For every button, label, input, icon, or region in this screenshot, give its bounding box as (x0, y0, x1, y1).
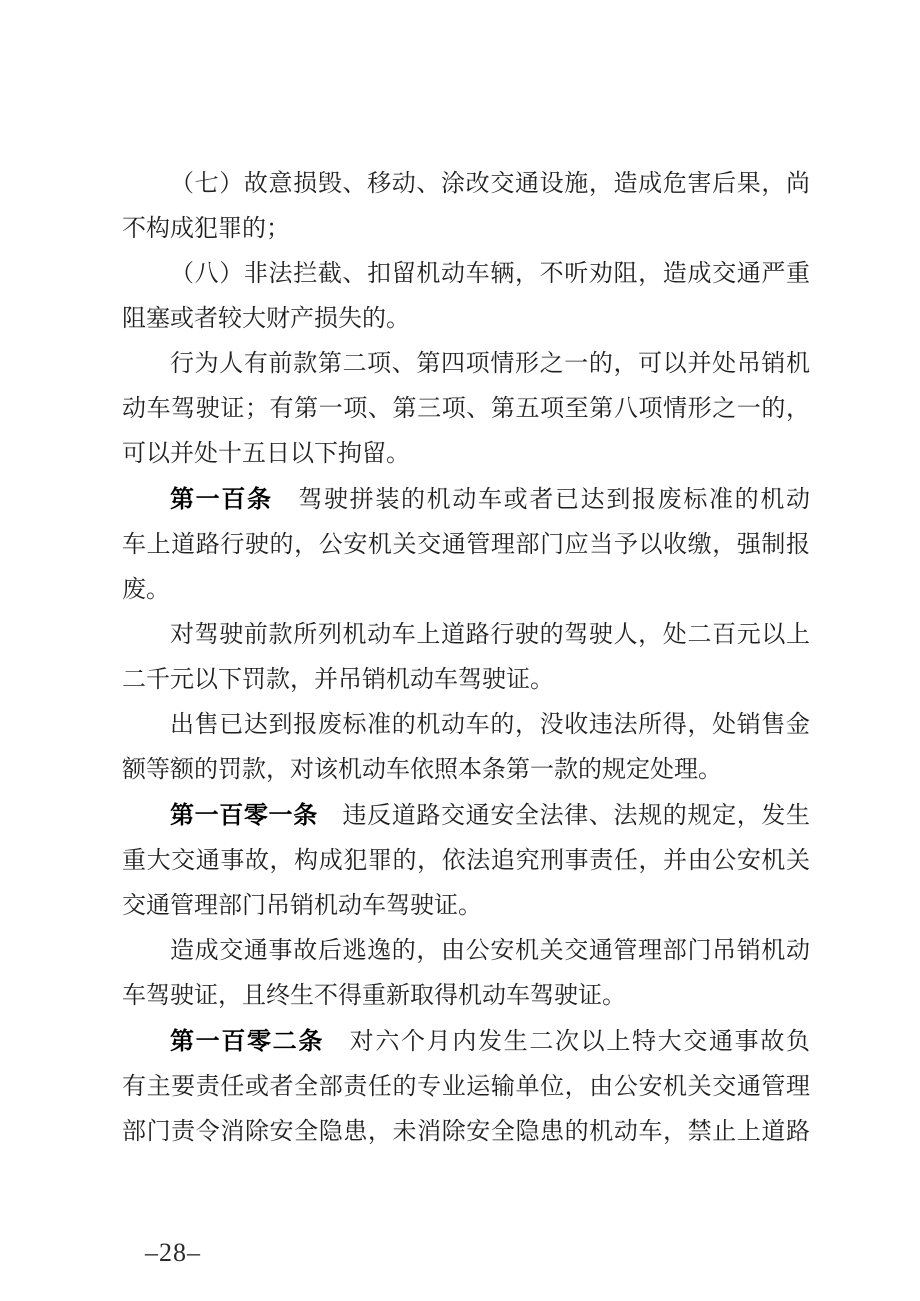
text-line: 交通管理部门吊销机动车驾驶证。 (122, 884, 810, 929)
text-line: 第一百条 驾驶拼装的机动车或者已达到报废标准的机动 (122, 477, 810, 523)
text-run: 出售已达到报废标准的机动车的，没收违法所得，处销售金 (170, 712, 810, 738)
text-run: 动车驾驶证；有第一项、第三项、第五项至第八项情形之一的， (122, 396, 810, 422)
text-run: （七）故意损毁、移动、涂改交通设施，造成危害后果，尚 (170, 171, 810, 197)
text-run: 部门责令消除安全隐患，未消除安全隐患的机动车，禁止上道路 (122, 1119, 810, 1145)
text-run: 对六个月内发生二次以上特大交通事故负 (324, 1029, 810, 1055)
text-line: 不构成犯罪的； (122, 207, 810, 252)
text-line: 可以并处十五日以下拘留。 (122, 432, 810, 477)
document-body: （七）故意损毁、移动、涂改交通设施，造成危害后果，尚不构成犯罪的；（八）非法拦截… (122, 162, 810, 1155)
text-run: 阻塞或者较大财产损失的。 (122, 306, 410, 332)
text-run: 有主要责任或者全部责任的专业运输单位，由公安机关交通管理 (122, 1074, 810, 1100)
text-run: 造成交通事故后逃逸的，由公安机关交通管理部门吊销机动 (170, 938, 810, 964)
text-line: 第一百零一条 违反道路交通安全法律、法规的规定，发生 (122, 793, 810, 839)
article-number: 第一百零一条 (170, 802, 318, 829)
text-line: 车上道路行驶的，公安机关交通管理部门应当予以收缴，强制报 (122, 523, 810, 568)
text-line: 行为人有前款第二项、第四项情形之一的，可以并处吊销机 (122, 342, 810, 387)
text-run: 额等额的罚款，对该机动车依照本条第一款的规定处理。 (122, 757, 722, 783)
text-line: 车驾驶证，且终生不得重新取得机动车驾驶证。 (122, 974, 810, 1019)
text-run: 违反道路交通安全法律、法规的规定，发生 (318, 803, 810, 829)
paragraph: 出售已达到报废标准的机动车的，没收违法所得，处销售金额等额的罚款，对该机动车依照… (122, 703, 810, 793)
document-page: （七）故意损毁、移动、涂改交通设施，造成危害后果，尚不构成犯罪的；（八）非法拦截… (0, 0, 920, 1301)
text-line: 动车驾驶证；有第一项、第三项、第五项至第八项情形之一的， (122, 387, 810, 432)
text-line: 部门责令消除安全隐患，未消除安全隐患的机动车，禁止上道路 (122, 1110, 810, 1155)
text-run: 车驾驶证，且终生不得重新取得机动车驾驶证。 (122, 983, 626, 1009)
text-run: 废。 (122, 577, 170, 603)
text-line: 二千元以下罚款，并吊销机动车驾驶证。 (122, 658, 810, 703)
text-run: 交通管理部门吊销机动车驾驶证。 (122, 893, 482, 919)
text-run: 行为人有前款第二项、第四项情形之一的，可以并处吊销机 (170, 351, 810, 377)
article-number: 第一百零二条 (170, 1028, 324, 1055)
text-run: 二千元以下罚款，并吊销机动车驾驶证。 (122, 667, 554, 693)
text-line: 出售已达到报废标准的机动车的，没收违法所得，处销售金 (122, 703, 810, 748)
text-run: 重大交通事故，构成犯罪的，依法追究刑事责任，并由公安机关 (122, 848, 810, 874)
text-line: 对驾驶前款所列机动车上道路行驶的驾驶人，处二百元以上 (122, 613, 810, 658)
text-run: 驾驶拼装的机动车或者已达到报废标准的机动 (273, 487, 810, 513)
page-footer: –28– (145, 1238, 201, 1268)
text-line: （八）非法拦截、扣留机动车辆，不听劝阻，造成交通严重 (122, 252, 810, 297)
text-run: （八）非法拦截、扣留机动车辆，不听劝阻，造成交通严重 (170, 261, 810, 287)
text-run: 对驾驶前款所列机动车上道路行驶的驾驶人，处二百元以上 (170, 622, 810, 648)
text-run: 车上道路行驶的，公安机关交通管理部门应当予以收缴，强制报 (122, 532, 810, 558)
text-line: 第一百零二条 对六个月内发生二次以上特大交通事故负 (122, 1019, 810, 1065)
paragraph: 第一百零一条 违反道路交通安全法律、法规的规定，发生重大交通事故，构成犯罪的，依… (122, 793, 810, 929)
text-line: 废。 (122, 568, 810, 613)
text-line: 额等额的罚款，对该机动车依照本条第一款的规定处理。 (122, 748, 810, 793)
text-line: （七）故意损毁、移动、涂改交通设施，造成危害后果，尚 (122, 162, 810, 207)
paragraph: 造成交通事故后逃逸的，由公安机关交通管理部门吊销机动车驾驶证，且终生不得重新取得… (122, 929, 810, 1019)
paragraph: 行为人有前款第二项、第四项情形之一的，可以并处吊销机动车驾驶证；有第一项、第三项… (122, 342, 810, 477)
page-number: –28– (145, 1238, 201, 1267)
text-line: 有主要责任或者全部责任的专业运输单位，由公安机关交通管理 (122, 1065, 810, 1110)
paragraph: （八）非法拦截、扣留机动车辆，不听劝阻，造成交通严重阻塞或者较大财产损失的。 (122, 252, 810, 342)
paragraph: （七）故意损毁、移动、涂改交通设施，造成危害后果，尚不构成犯罪的； (122, 162, 810, 252)
text-line: 造成交通事故后逃逸的，由公安机关交通管理部门吊销机动 (122, 929, 810, 974)
paragraph: 对驾驶前款所列机动车上道路行驶的驾驶人，处二百元以上二千元以下罚款，并吊销机动车… (122, 613, 810, 703)
text-line: 重大交通事故，构成犯罪的，依法追究刑事责任，并由公安机关 (122, 839, 810, 884)
paragraph: 第一百零二条 对六个月内发生二次以上特大交通事故负有主要责任或者全部责任的专业运… (122, 1019, 810, 1155)
text-run: 不构成犯罪的； (122, 216, 290, 242)
text-run: 可以并处十五日以下拘留。 (122, 441, 410, 467)
article-number: 第一百条 (170, 486, 273, 513)
text-line: 阻塞或者较大财产损失的。 (122, 297, 810, 342)
paragraph: 第一百条 驾驶拼装的机动车或者已达到报废标准的机动车上道路行驶的，公安机关交通管… (122, 477, 810, 613)
